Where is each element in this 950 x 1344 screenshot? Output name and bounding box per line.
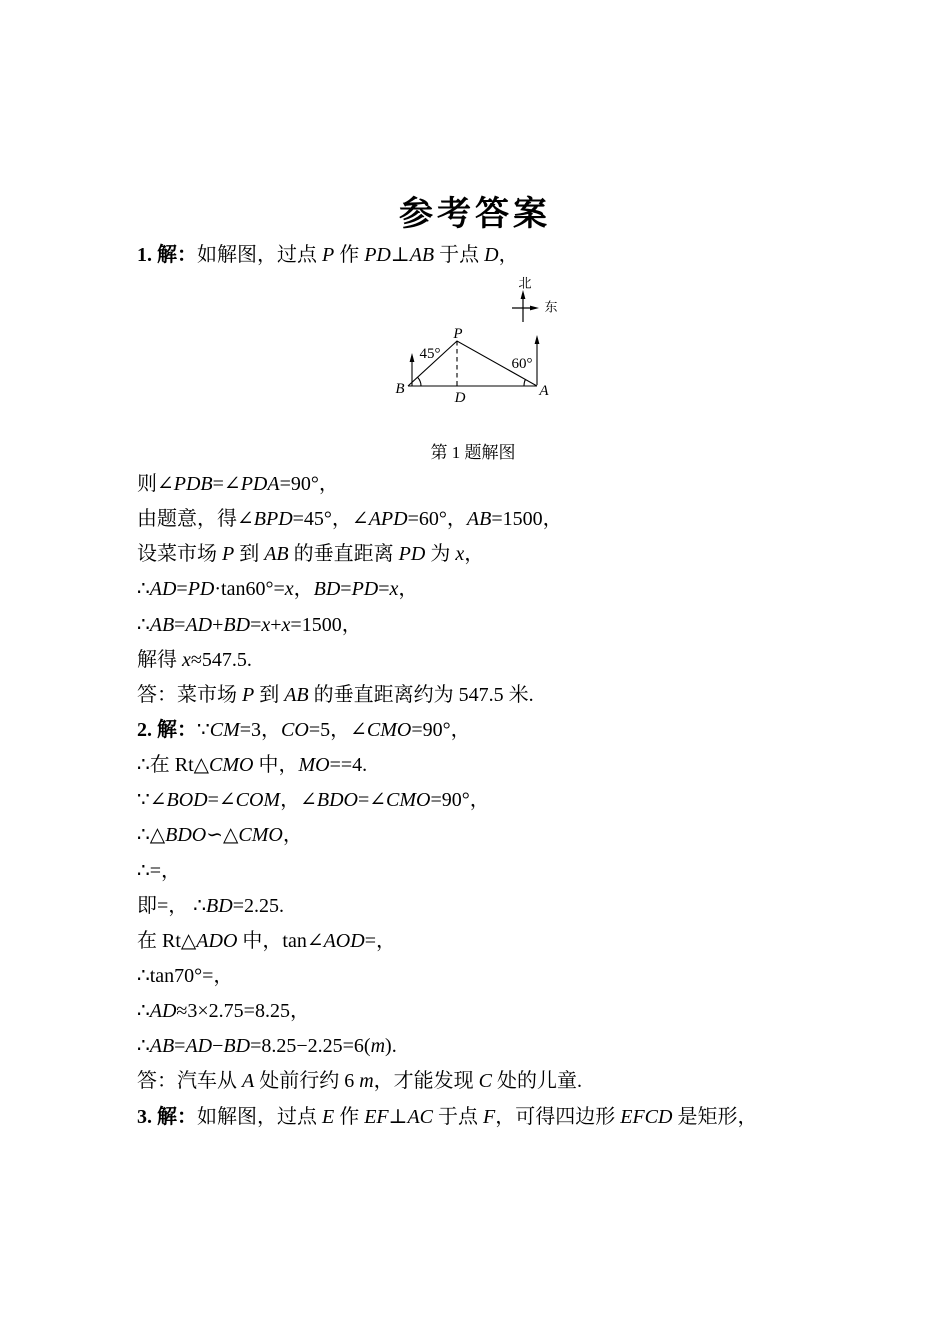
text-segment: CMO bbox=[238, 824, 282, 846]
text-segment: 1. 解： bbox=[137, 244, 197, 266]
text-segment: AB bbox=[467, 508, 491, 530]
text-segment: C bbox=[479, 1070, 492, 1092]
text-segment: CO bbox=[281, 719, 309, 741]
text-segment: 如解图，过点 bbox=[197, 244, 322, 266]
text-segment: =∠ bbox=[358, 789, 386, 811]
text-segment: ). bbox=[385, 1035, 397, 1057]
text-segment: ， bbox=[499, 244, 519, 266]
text-segment: CM bbox=[210, 719, 240, 741]
text-segment: 在 Rt△ bbox=[137, 930, 196, 952]
text-segment: BD bbox=[314, 578, 341, 600]
text-segment: ∴△ bbox=[137, 824, 165, 846]
text-segment: ∽△ bbox=[206, 824, 238, 846]
text-segment: PDB bbox=[174, 473, 213, 495]
text-line: ∴tan70°=， bbox=[137, 959, 757, 994]
text-segment: BDO bbox=[317, 789, 358, 811]
text-segment: AB bbox=[264, 543, 288, 565]
text-segment: ADO bbox=[196, 930, 237, 952]
text-segment: EFCD bbox=[620, 1106, 672, 1128]
text-segment: =60°， bbox=[408, 508, 467, 530]
text-segment: ≈3×2.75=8.25， bbox=[176, 1000, 310, 1022]
text-segment: = bbox=[174, 614, 185, 636]
text-segment: m bbox=[371, 1035, 385, 1057]
text-segment: ≈547.5. bbox=[191, 649, 252, 671]
text-segment: ， bbox=[464, 543, 484, 565]
text-segment: 的垂直距离约为 547.5 米. bbox=[309, 684, 534, 706]
text-segment: ==4. bbox=[330, 754, 368, 776]
angle-label-60: 60° bbox=[512, 356, 533, 372]
text-segment: AB bbox=[410, 244, 434, 266]
text-segment: COM bbox=[236, 789, 280, 811]
text-segment: 于点 bbox=[433, 1106, 483, 1128]
point-label-D: D bbox=[454, 390, 466, 406]
text-segment: AB bbox=[150, 1035, 174, 1057]
text-segment: ，∠ bbox=[280, 789, 317, 811]
figure-caption: 第 1 题解图 bbox=[383, 438, 563, 463]
text-segment: AD bbox=[185, 614, 212, 636]
text-segment: 答：汽车从 bbox=[137, 1070, 242, 1092]
text-segment: 设菜市场 bbox=[137, 543, 222, 565]
text-segment: =90°， bbox=[280, 473, 339, 495]
text-segment: 作 bbox=[334, 244, 364, 266]
text-segment: =1500， bbox=[491, 508, 562, 530]
text-segment: APD bbox=[369, 508, 408, 530]
text-segment: =2.25. bbox=[233, 895, 284, 917]
text-segment: 解得 bbox=[137, 649, 182, 671]
text-segment: = bbox=[174, 1035, 185, 1057]
text-line: ∴AD≈3×2.75=8.25， bbox=[137, 994, 757, 1029]
text-segment: BOD bbox=[166, 789, 207, 811]
text-segment: 如解图，过点 bbox=[197, 1106, 322, 1128]
text-segment: 的垂直距离 bbox=[289, 543, 399, 565]
text-segment: PD bbox=[364, 244, 391, 266]
text-segment: ∵∠ bbox=[137, 789, 166, 811]
text-segment: ∴tan70°=， bbox=[137, 965, 233, 987]
text-segment: ∴ bbox=[137, 614, 150, 636]
text-segment: + bbox=[212, 614, 223, 636]
text-segment: ∴ bbox=[137, 1000, 150, 1022]
text-segment: ·tan60°= bbox=[214, 578, 284, 600]
text-line: 3. 解：如解图，过点 E 作 EF⊥AC 于点 F，可得四边形 EFCD 是矩… bbox=[137, 1100, 757, 1135]
text-segment: m bbox=[359, 1070, 373, 1092]
text-segment: AC bbox=[407, 1106, 433, 1128]
text-segment: F bbox=[483, 1106, 495, 1128]
text-line: 2. 解：∵CM=3，CO=5，∠CMO=90°， bbox=[137, 713, 757, 748]
angle-label-45: 45° bbox=[420, 346, 441, 362]
text-segment: = bbox=[176, 578, 187, 600]
text-segment: x bbox=[182, 649, 191, 671]
text-segment: =45°，∠ bbox=[293, 508, 369, 530]
text-segment: ， bbox=[294, 578, 314, 600]
text-segment: 答：菜市场 bbox=[137, 684, 242, 706]
text-segment: ∴ bbox=[137, 1035, 150, 1057]
text-segment: PDA bbox=[241, 473, 280, 495]
text-line: ∵∠BOD=∠COM，∠BDO=∠CMO=90°， bbox=[137, 783, 757, 818]
text-segment: EF bbox=[364, 1106, 388, 1128]
text-segment: x bbox=[261, 614, 270, 636]
text-segment: =5，∠ bbox=[309, 719, 367, 741]
text-segment: ， bbox=[398, 578, 418, 600]
text-segment: ∴ bbox=[137, 578, 150, 600]
text-segment: + bbox=[270, 614, 281, 636]
text-segment: =∠ bbox=[208, 789, 236, 811]
text-line: 答：汽车从 A 处前行约 6 m，才能发现 C 处的儿童. bbox=[137, 1064, 757, 1099]
text-segment: 是矩形， bbox=[672, 1106, 757, 1128]
text-segment: BPD bbox=[254, 508, 293, 530]
text-line: ∴AB=AD−BD=8.25−2.25=6(m). bbox=[137, 1029, 757, 1064]
text-segment: CMO bbox=[209, 754, 253, 776]
text-segment: ∵ bbox=[197, 719, 210, 741]
text-line: 由题意，得∠BPD=45°，∠APD=60°，AB=1500， bbox=[137, 502, 757, 537]
text-segment: ∴在 Rt△ bbox=[137, 754, 209, 776]
text-line: 答：菜市场 P 到 AB 的垂直距离约为 547.5 米. bbox=[137, 678, 757, 713]
text-line: ∴=， bbox=[137, 854, 757, 889]
text-segment: BD bbox=[223, 614, 250, 636]
text-segment: AOD bbox=[324, 930, 365, 952]
text-segment: CMO bbox=[386, 789, 430, 811]
text-segment: 即=， ∴ bbox=[137, 895, 206, 917]
text-segment: A bbox=[242, 1070, 254, 1092]
text-segment: ∴=， bbox=[137, 860, 181, 882]
text-segment: ，才能发现 bbox=[374, 1070, 479, 1092]
figure-label-east: 东 bbox=[544, 300, 557, 315]
text-segment: x bbox=[285, 578, 294, 600]
text-segment: 到 bbox=[254, 684, 284, 706]
page-title: 参考答案 bbox=[0, 186, 950, 235]
text-segment: PD bbox=[399, 543, 426, 565]
text-segment: =90°， bbox=[411, 719, 470, 741]
text-segment: 3. 解： bbox=[137, 1106, 197, 1128]
text-segment: x bbox=[455, 543, 464, 565]
text-segment: ⊥ bbox=[389, 1106, 408, 1128]
point-label-A: A bbox=[538, 383, 549, 399]
north-arrow-at-A bbox=[535, 335, 540, 385]
text-segment: BD bbox=[223, 1035, 250, 1057]
text-segment: ，可得四边形 bbox=[495, 1106, 620, 1128]
point-label-B: B bbox=[395, 381, 404, 397]
text-line: ∴△BDO∽△CMO， bbox=[137, 818, 757, 853]
text-segment: AB bbox=[150, 614, 174, 636]
text-segment: ⊥ bbox=[391, 244, 410, 266]
point-label-P: P bbox=[452, 326, 462, 342]
text-segment: 中，tan∠ bbox=[237, 930, 323, 952]
text-segment: ， bbox=[283, 824, 303, 846]
text-segment: AD bbox=[185, 1035, 212, 1057]
text-segment: AD bbox=[150, 578, 177, 600]
text-segment: = bbox=[250, 614, 261, 636]
text-segment: 则∠ bbox=[137, 473, 174, 495]
text-segment: = bbox=[340, 578, 351, 600]
text-segment: =90°， bbox=[430, 789, 489, 811]
text-segment: =3， bbox=[240, 719, 281, 741]
text-segment: 由题意，得∠ bbox=[137, 508, 254, 530]
text-segment: 中， bbox=[253, 754, 298, 776]
text-line: ∴AB=AD+BD=x+x=1500， bbox=[137, 608, 757, 643]
text-line: 即=， ∴BD=2.25. bbox=[137, 889, 757, 924]
figure-label-north: 北 bbox=[518, 276, 531, 291]
text-segment: =， bbox=[365, 930, 396, 952]
text-segment: 于点 bbox=[434, 244, 484, 266]
text-segment: MO bbox=[298, 754, 329, 776]
text-segment: D bbox=[484, 244, 498, 266]
text-segment: 处的儿童. bbox=[492, 1070, 582, 1092]
text-segment: P bbox=[242, 684, 254, 706]
text-segment: 作 bbox=[334, 1106, 364, 1128]
text-segment: E bbox=[322, 1106, 334, 1128]
compass-icon bbox=[512, 290, 539, 322]
text-segment: AB bbox=[284, 684, 308, 706]
text-line: ∴在 Rt△CMO 中，MO==4. bbox=[137, 748, 757, 783]
text-line: 设菜市场 P 到 AB 的垂直距离 PD 为 x， bbox=[137, 537, 757, 572]
text-segment: − bbox=[212, 1035, 223, 1057]
text-segment: 为 bbox=[425, 543, 455, 565]
text-segment: =8.25−2.25=6( bbox=[250, 1035, 371, 1057]
problem1-figure: 北 东 P B A D 45° 60° bbox=[390, 272, 570, 412]
text-segment: PD bbox=[188, 578, 215, 600]
text-segment: PD bbox=[352, 578, 379, 600]
solution-text: 则∠PDB=∠PDA=90°，由题意，得∠BPD=45°，∠APD=60°，AB… bbox=[137, 467, 757, 1135]
text-segment: P bbox=[222, 543, 234, 565]
text-line: ∴AD=PD·tan60°=x，BD=PD=x， bbox=[137, 572, 757, 607]
text-segment: CMO bbox=[367, 719, 411, 741]
text-line: 解得 x≈547.5. bbox=[137, 643, 757, 678]
text-segment: 2. 解： bbox=[137, 719, 197, 741]
text-line: 1. 解：如解图，过点 P 作 PD⊥AB 于点 D， bbox=[137, 242, 519, 268]
answer-page: 参考答案 1. 解：如解图，过点 P 作 PD⊥AB 于点 D， 北 东 bbox=[0, 0, 950, 1344]
text-segment: =1500， bbox=[290, 614, 361, 636]
text-segment: 处前行约 6 bbox=[254, 1070, 359, 1092]
text-segment: 到 bbox=[234, 543, 264, 565]
text-segment: =∠ bbox=[213, 473, 241, 495]
text-line: 则∠PDB=∠PDA=90°， bbox=[137, 467, 757, 502]
text-line: 在 Rt△ADO 中，tan∠AOD=， bbox=[137, 924, 757, 959]
text-segment: P bbox=[322, 244, 334, 266]
text-segment: = bbox=[378, 578, 389, 600]
text-segment: AD bbox=[150, 1000, 177, 1022]
text-segment: BDO bbox=[165, 824, 206, 846]
text-segment: BD bbox=[206, 895, 233, 917]
